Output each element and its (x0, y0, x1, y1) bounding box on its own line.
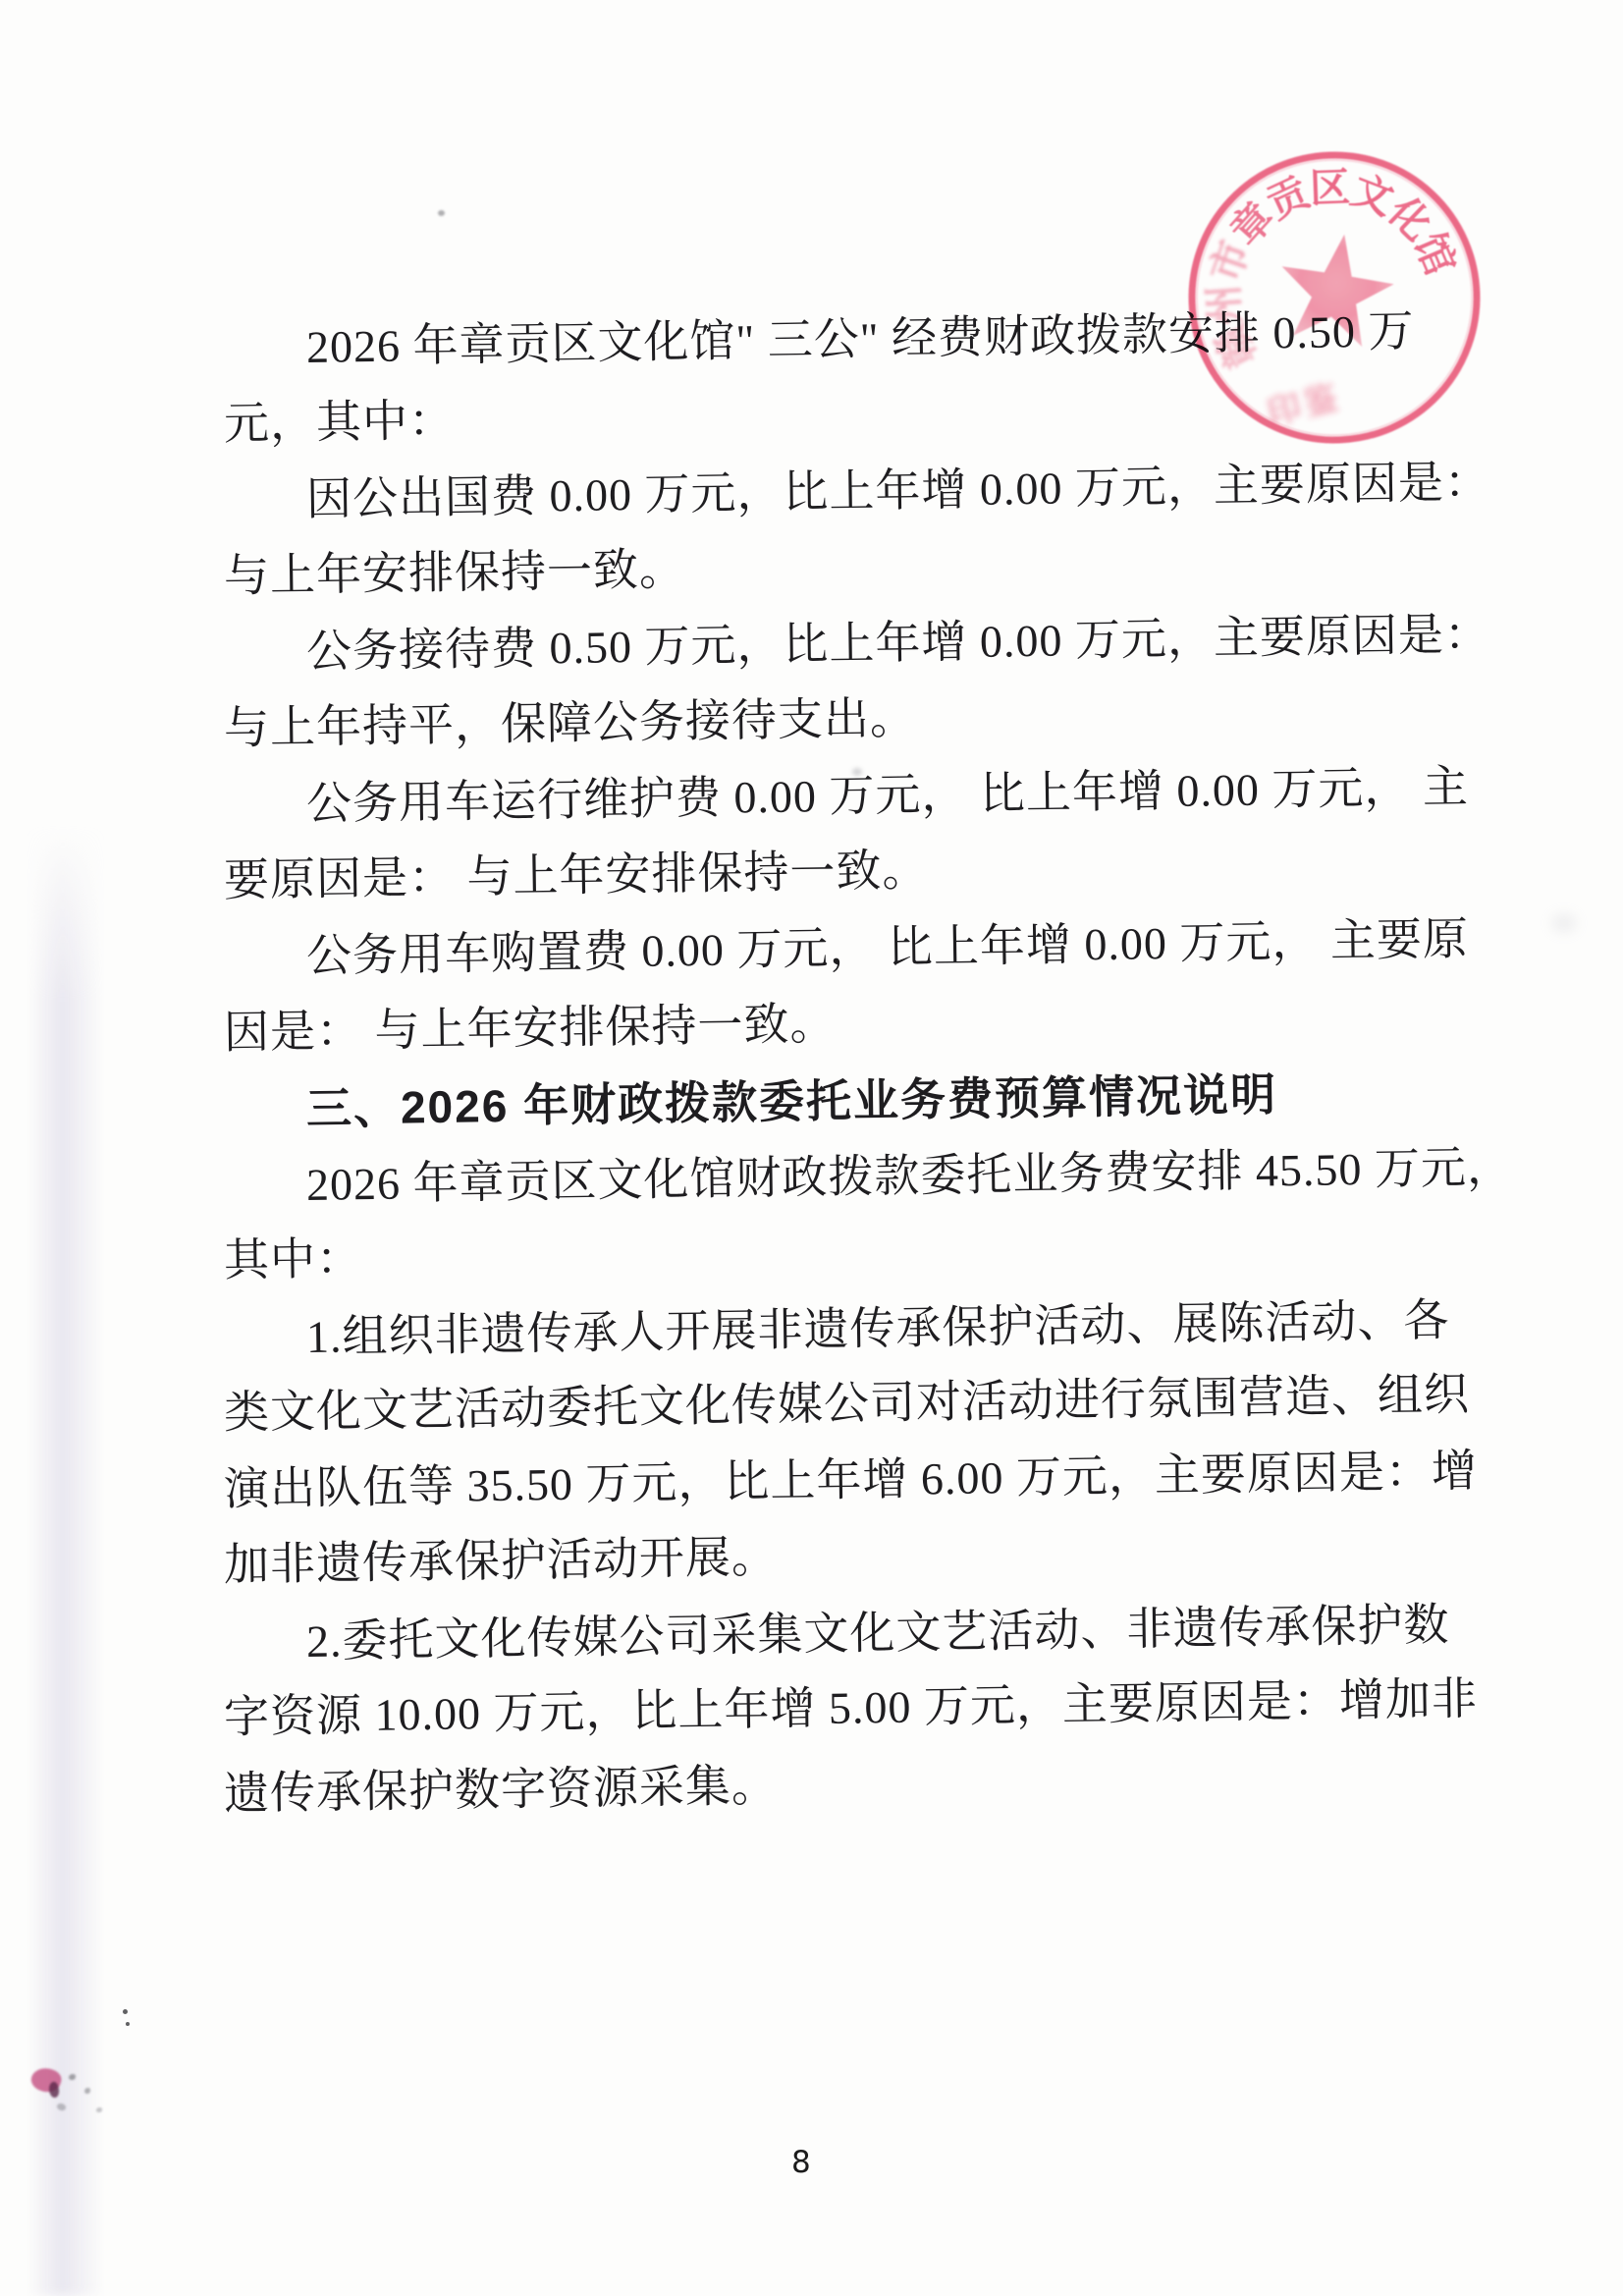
text-line: 2026 年章贡区文化馆财政拨款委托业务费安排 45.50 万元， (306, 1145, 1514, 1208)
text-line: 2.委托文化传媒公司采集文化文艺活动、非遗传承保护数 (306, 1603, 1450, 1665)
text-line: 公务用车运行维护费 0.00 万元， 比上年增 0.00 万元， 主 (306, 764, 1470, 827)
text-line: 因公出国费 0.00 万元，比上年增 0.00 万元，主要原因是： (306, 460, 1491, 522)
text-line: 要原因是： 与上年安排保持一致。 (224, 847, 929, 903)
page-number: 8 (791, 2145, 811, 2180)
text-line: 元，其中： (224, 399, 456, 447)
official-seal: 印鉴 赣州市章贡区文化馆 (1181, 144, 1488, 451)
text-line: 类文化文艺活动委托文化传媒公司对活动进行氛围营造、组织 (224, 1372, 1471, 1436)
section-heading: 三、2026 年财政拨款委托业务费预算情况说明 (306, 1071, 1278, 1131)
text-line: 1.组织非遗传承人开展非遗传承保护活动、展陈活动、各 (306, 1298, 1450, 1360)
seal-star-icon (1271, 226, 1400, 351)
text-line: 演出队伍等 35.50 万元，比上年增 6.00 万元，主要原因是：增 (224, 1449, 1479, 1512)
scanned-document-page: 2026 年章贡区文化馆" 三公" 经费财政拨款安排 0.50 万元，其中：因公… (0, 0, 1623, 2296)
seal-arc-character: 州 (1204, 284, 1247, 327)
text-line: 与上年持平，保障公务接待支出。 (224, 696, 917, 751)
text-line: 公务接待费 0.50 万元，比上年增 0.00 万元，主要原因是： (306, 612, 1491, 675)
text-line: 公务用车购置费 0.00 万元， 比上年增 0.00 万元， 主要原 (306, 916, 1470, 979)
text-line: 与上年安排保持一致。 (224, 547, 686, 599)
text-line: 其中： (224, 1236, 363, 1284)
text-line: 因是： 与上年安排保持一致。 (224, 1002, 837, 1056)
text-line: 遗传承保护数字资源采集。 (224, 1764, 779, 1817)
seal-arc-character: 区 (1309, 167, 1350, 208)
text-line: 字资源 10.00 万元，比上年增 5.00 万元，主要原因是：增加非 (224, 1676, 1479, 1740)
text-line: 加非遗传承保护活动开展。 (224, 1535, 779, 1588)
